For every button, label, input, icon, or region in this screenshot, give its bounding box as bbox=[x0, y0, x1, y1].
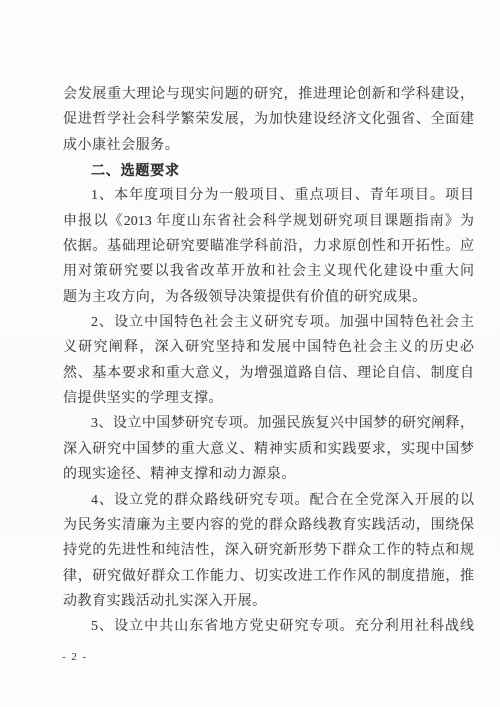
text-line: 4、设立党的群众路线研究专项。配合在全党深入开展的以 bbox=[63, 488, 474, 513]
document-body: 会发展重大理论与现实问题的研究，推进理论创新和学科建设，促进哲学社会科学繁荣发展… bbox=[63, 82, 474, 640]
text-line: 题为主攻方向，为各级领导决策提供有价值的研究成果。 bbox=[63, 285, 474, 310]
text-line: 用对策研究要以我省改革开放和社会主义现代化建设中重大问 bbox=[63, 259, 474, 284]
text-line: 然、基本要求和重大意义，为增强道路自信、理论自信、制度自 bbox=[63, 361, 474, 386]
text-line: 持党的先进性和纯洁性，深入研究新形势下群众工作的特点和规 bbox=[63, 538, 474, 563]
text-line: 成小康社会服务。 bbox=[63, 133, 474, 158]
section-heading: 二、选题要求 bbox=[63, 158, 474, 183]
text-line: 申报以《2013 年度山东省社会科学规划研究项目课题指南》为 bbox=[63, 209, 474, 234]
text-line: 义研究阐释，深入研究坚持和发展中国特色社会主义的历史必 bbox=[63, 335, 474, 360]
text-line: 依据。基础理论研究要瞄准学科前沿，力求原创性和开拓性。应 bbox=[63, 234, 474, 259]
document-page: 会发展重大理论与现实问题的研究，推进理论创新和学科建设，促进哲学社会科学繁荣发展… bbox=[0, 0, 500, 707]
text-line: 2、设立中国特色社会主义研究专项。加强中国特色社会主 bbox=[63, 310, 474, 335]
text-line: 会发展重大理论与现实问题的研究，推进理论创新和学科建设， bbox=[63, 82, 474, 107]
text-line: 为民务实清廉为主要内容的党的群众路线教育实践活动，围绕保 bbox=[63, 513, 474, 538]
text-line: 信提供坚实的学理支撑。 bbox=[63, 386, 474, 411]
text-line: 动教育实践活动扎实深入开展。 bbox=[63, 589, 474, 614]
text-line: 5、设立中共山东省地方党史研究专项。充分利用社科战线 bbox=[63, 614, 474, 639]
text-line: 3、设立中国梦研究专项。加强民族复兴中国梦的研究阐释， bbox=[63, 411, 474, 436]
text-line: 律，研究做好群众工作能力、切实改进工作作风的制度措施，推 bbox=[63, 564, 474, 589]
page-number: - 2 - bbox=[62, 651, 88, 663]
text-line: 深入研究中国梦的重大意义、精神实质和实践要求，实现中国梦 bbox=[63, 437, 474, 462]
text-line: 1、本年度项目分为一般项目、重点项目、青年项目。项目 bbox=[63, 183, 474, 208]
text-line: 的现实途径、精神支撑和动力源泉。 bbox=[63, 462, 474, 487]
text-line: 促进哲学社会科学繁荣发展，为加快建设经济文化强省、全面建 bbox=[63, 107, 474, 132]
